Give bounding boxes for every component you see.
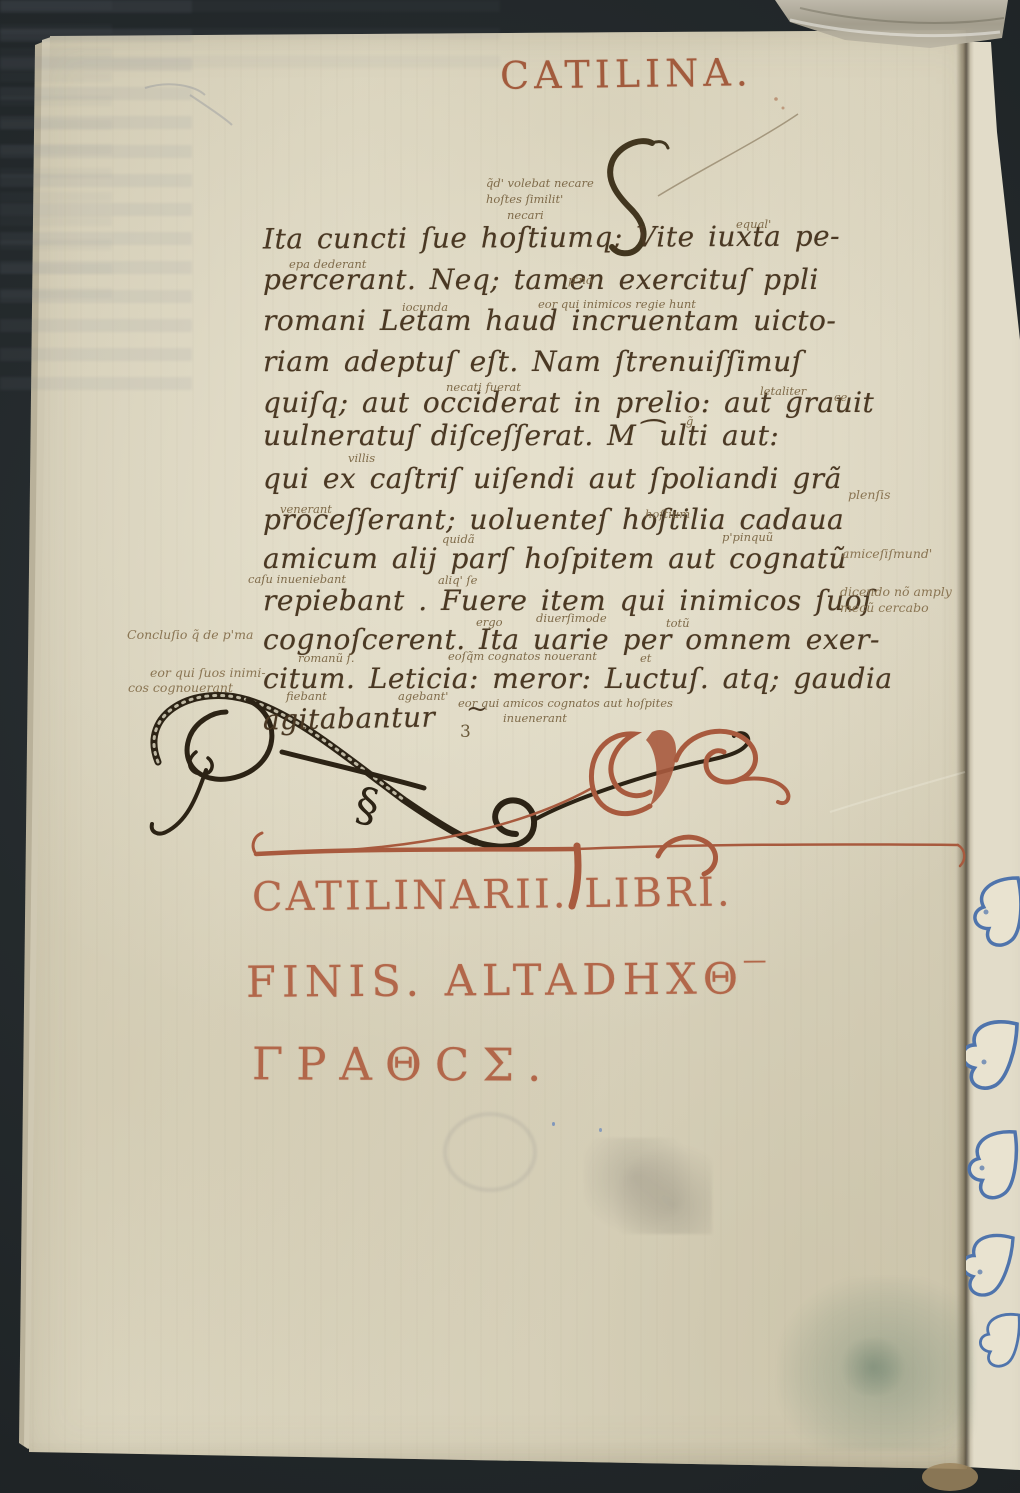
running-title: CATILINA. — [500, 50, 753, 98]
manuscript-photo: CATILINA. Ita cuncti ſue hoſtiumq; Vite … — [0, 0, 1020, 1493]
gutter-shadow — [956, 28, 974, 1470]
blue-ink-speck — [599, 1128, 602, 1132]
blue-ink-speck — [552, 1122, 555, 1126]
parchment-page — [0, 0, 1020, 1493]
